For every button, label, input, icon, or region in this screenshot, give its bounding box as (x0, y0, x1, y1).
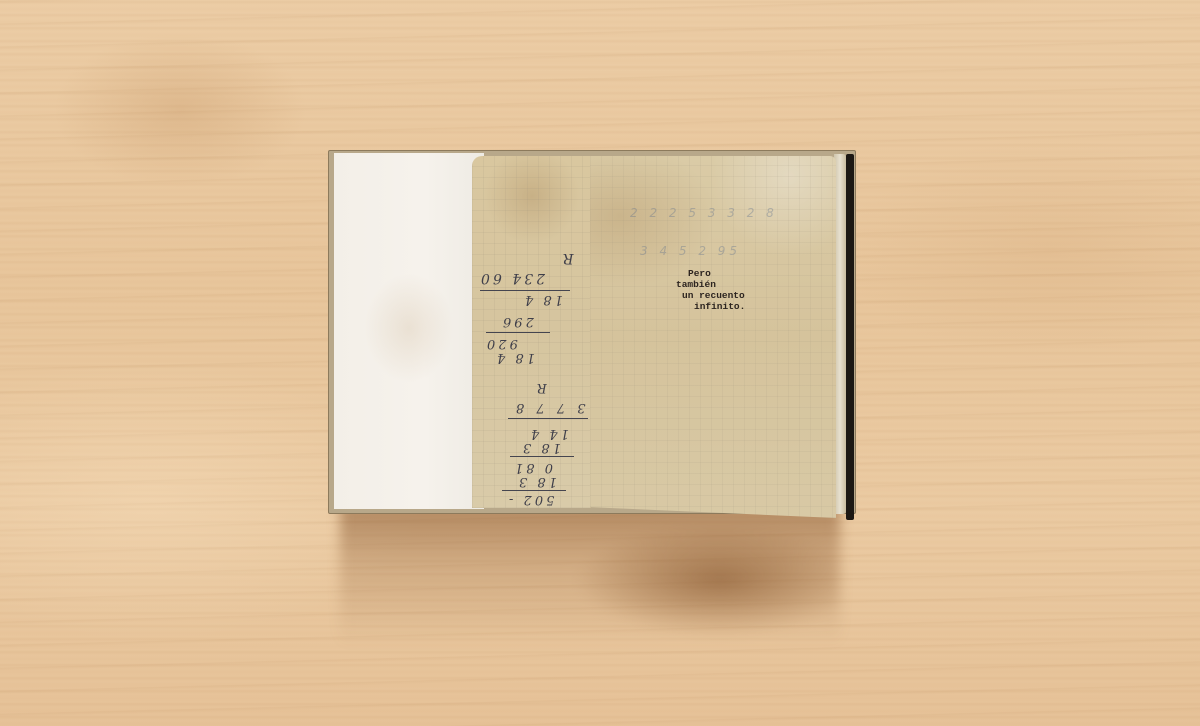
handwritten-number: 3 7 7 8 (512, 400, 585, 415)
paper-stain (364, 273, 454, 383)
typed-line: también (676, 279, 796, 290)
faint-pencil-marks: 3 4 5 2 95 (640, 244, 741, 258)
handwritten-mark: R (534, 380, 547, 395)
handwritten-number: 18 3 (516, 474, 557, 489)
right-aged-page: 2 2 2 5 3 3 2 8 3 4 5 2 95 (590, 156, 836, 518)
faint-pencil-marks: 2 2 2 5 3 3 2 8 (630, 206, 778, 220)
typed-line: Pero (676, 268, 796, 279)
pencil-rule (480, 290, 570, 291)
pencil-rule (486, 332, 550, 333)
handwritten-number: 18 4 (494, 350, 535, 365)
handwritten-number: 502 - (506, 492, 554, 507)
handwritten-mark: R (560, 250, 574, 266)
pencil-rule (502, 490, 566, 491)
handwritten-number: 18 4 (522, 292, 563, 307)
typewritten-text: Pero también un recuento infinito. (676, 268, 796, 312)
notebook-back-cover (846, 154, 854, 520)
handwritten-number: 234 60 (478, 270, 545, 286)
pencil-rule (508, 418, 588, 419)
pencil-rule (510, 456, 574, 457)
handwritten-number: 920 (484, 336, 518, 351)
handwritten-number: 18 3 (520, 440, 561, 455)
aged-graph-card: R 234 60 18 4 296 920 18 4 R 3 7 7 8 14 … (472, 156, 591, 508)
typed-line: un recuento (676, 290, 796, 301)
typed-line: infinito. (676, 301, 796, 312)
left-blank-page (334, 153, 484, 509)
handwritten-number: 14 4 (528, 426, 569, 441)
handwritten-number: 0 81 (512, 460, 553, 475)
notebook-shadow (340, 505, 840, 645)
handwritten-number: 296 (500, 314, 534, 329)
open-notebook: R 234 60 18 4 296 920 18 4 R 3 7 7 8 14 … (328, 150, 858, 522)
